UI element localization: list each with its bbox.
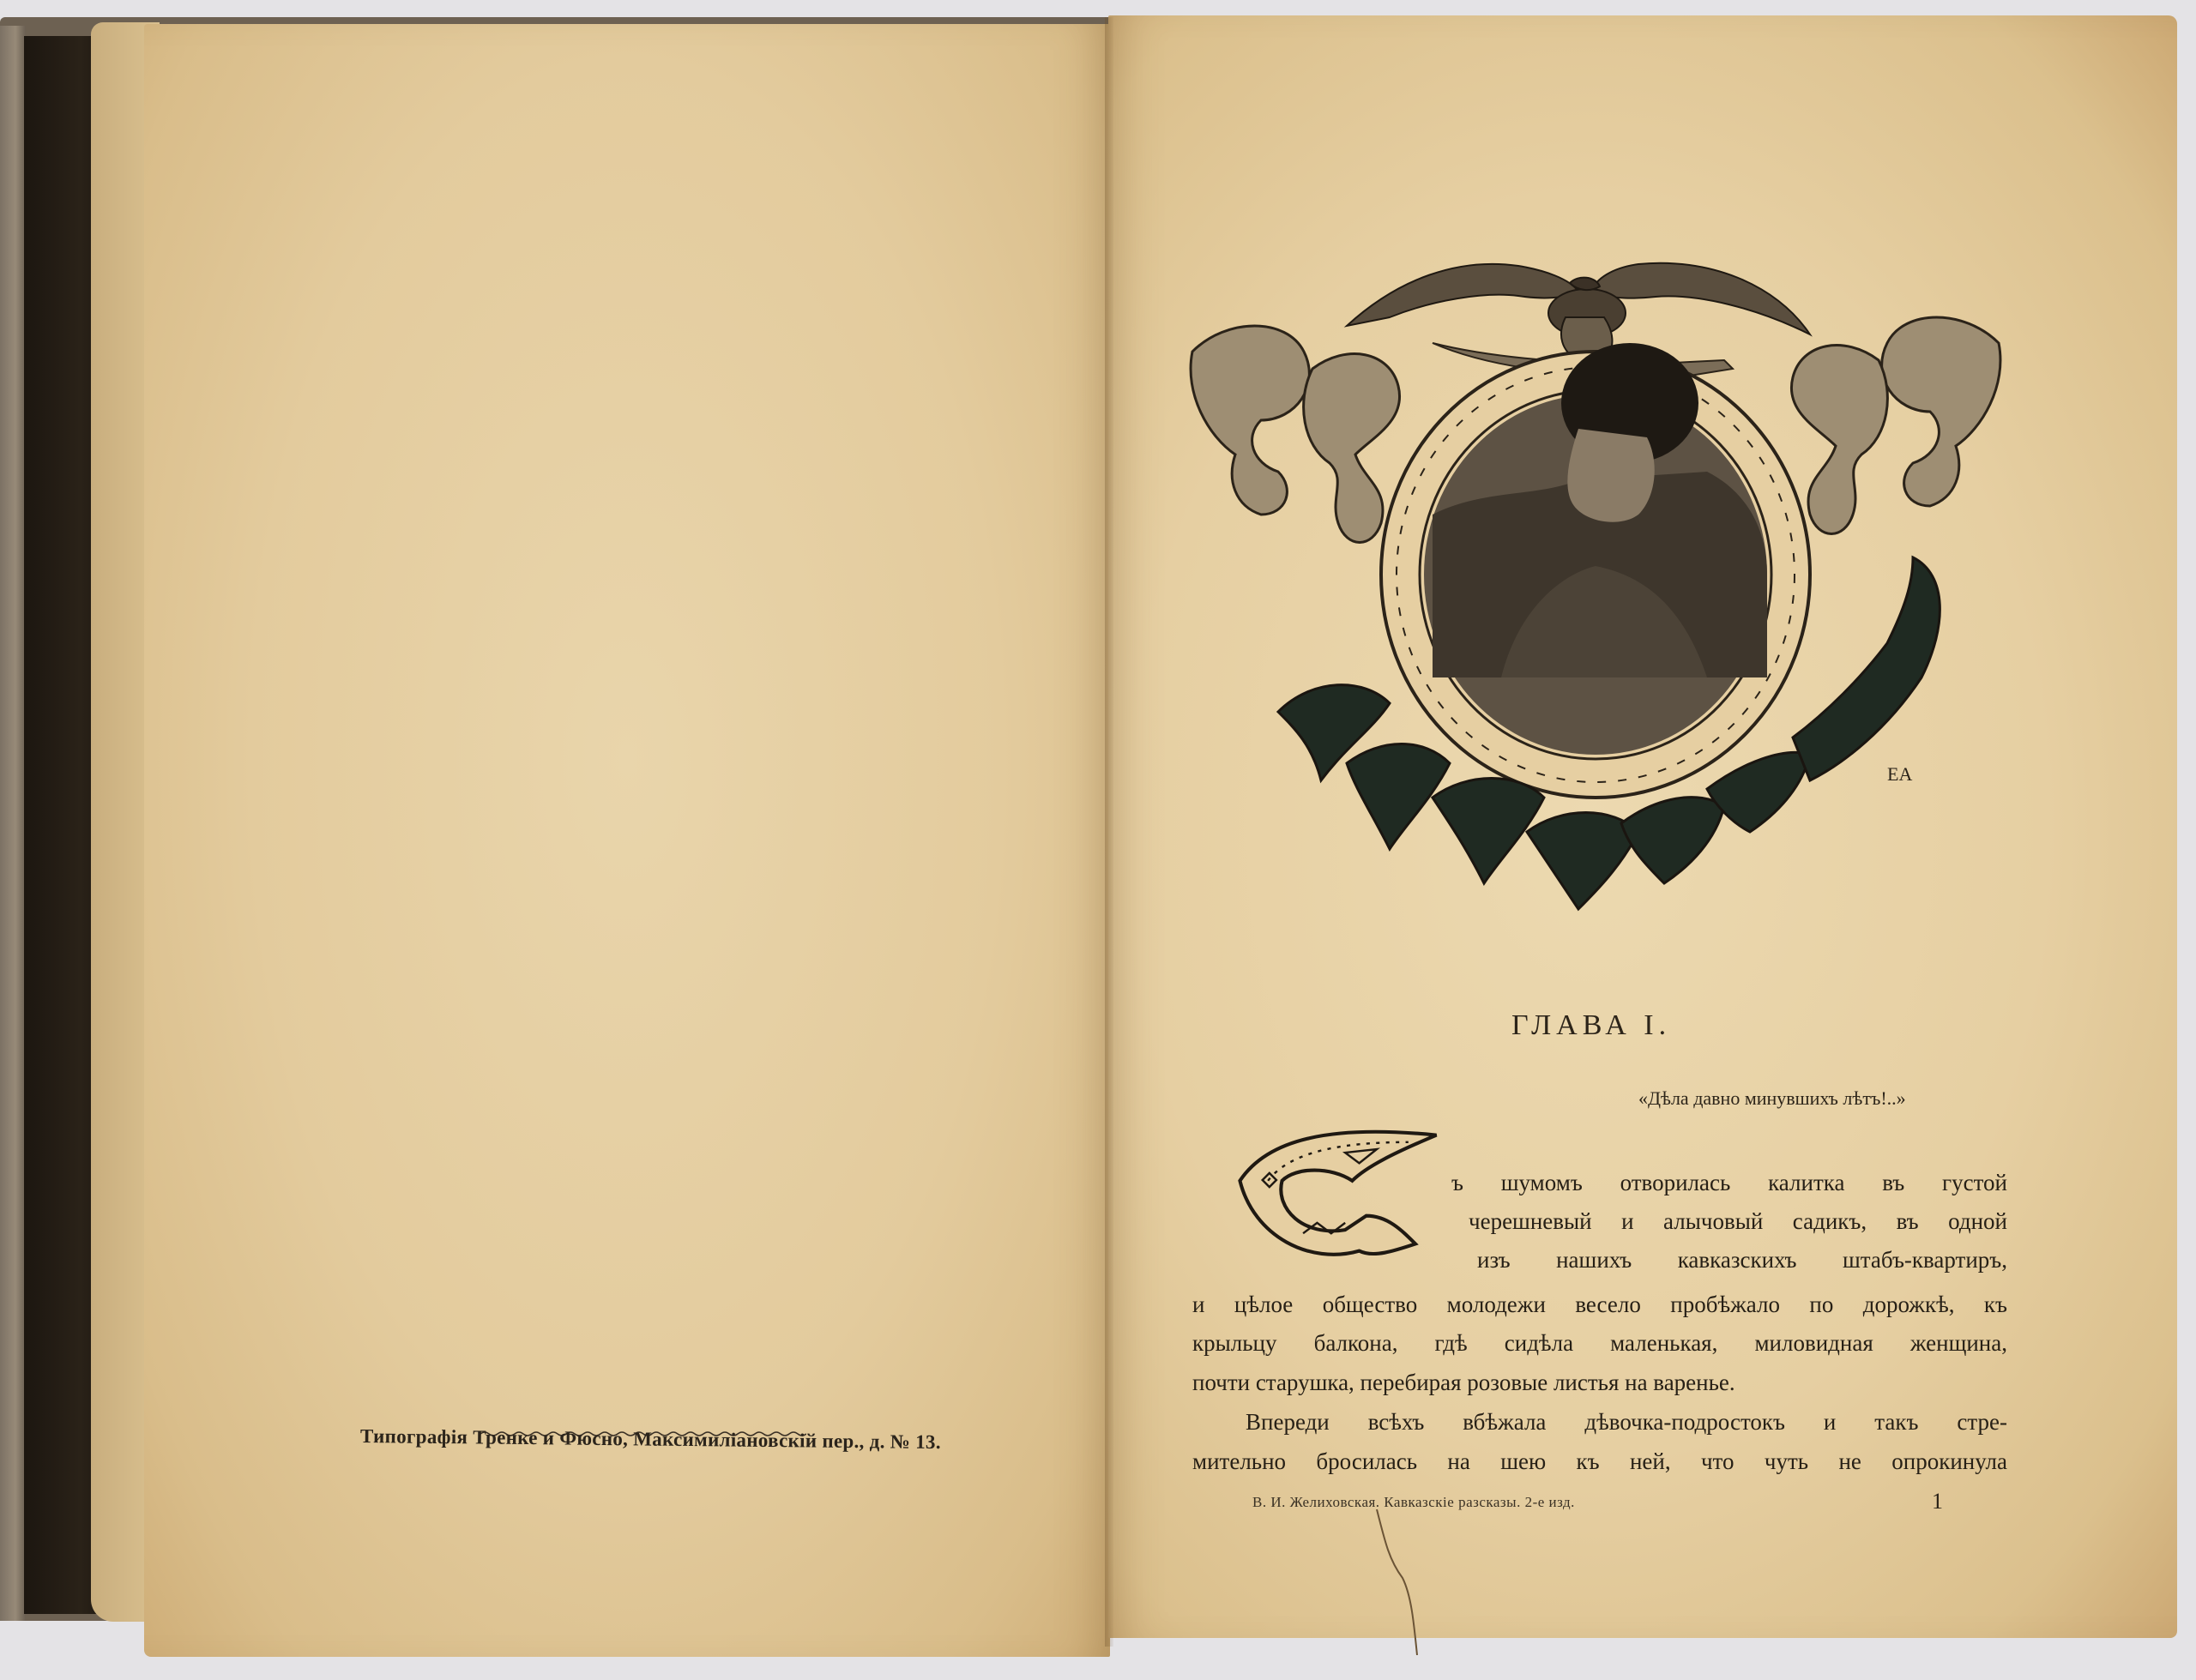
left-page	[144, 24, 1110, 1657]
portrait-face	[1567, 429, 1654, 522]
body-line: крыльцу балкона, гдѣ сидѣла маленькая, м…	[1192, 1330, 2007, 1357]
body-line: почти старушка, перебирая розовые листья…	[1192, 1370, 1716, 1396]
chapter-title: ГЛАВА I.	[1511, 1009, 1671, 1042]
drop-cap-ornament	[1210, 1111, 1467, 1265]
body-line: и цѣлое общество молодежи весело пробѣжа…	[1192, 1292, 2007, 1318]
page-number: 1	[1932, 1489, 1943, 1514]
body-line: мительно бросилась на шею къ ней, что чу…	[1192, 1448, 2007, 1475]
body-line: изъ нашихъ кавказскихъ штабъ-квартиръ,	[1477, 1247, 2007, 1274]
gutter	[1105, 17, 1113, 1647]
title-illustration: ЕА	[1175, 232, 2016, 935]
footer-signature: В. И. Желиховская. Кавказскіе разсказы. …	[1252, 1494, 1575, 1511]
body-line: ъ шумомъ отворилась калитка въ густой	[1451, 1170, 2007, 1196]
foliage-right-icon	[1791, 317, 2000, 534]
paper-crack	[1372, 1509, 1424, 1655]
body-line: Впереди всѣхъ вбѣжала дѣвочка-подростокъ…	[1246, 1409, 2007, 1436]
body-line: черешневый и алычовый садикъ, въ одной	[1469, 1208, 2007, 1235]
portrait-medallion	[1381, 343, 1810, 798]
eagle-icon	[1347, 263, 1810, 360]
monogram: ЕА	[1887, 763, 1912, 785]
foliage-left-icon	[1191, 326, 1400, 543]
spine-edge	[0, 26, 26, 1621]
epigraph: «Дѣла давно минувшихъ лѣтъ!..»	[1638, 1087, 1906, 1110]
